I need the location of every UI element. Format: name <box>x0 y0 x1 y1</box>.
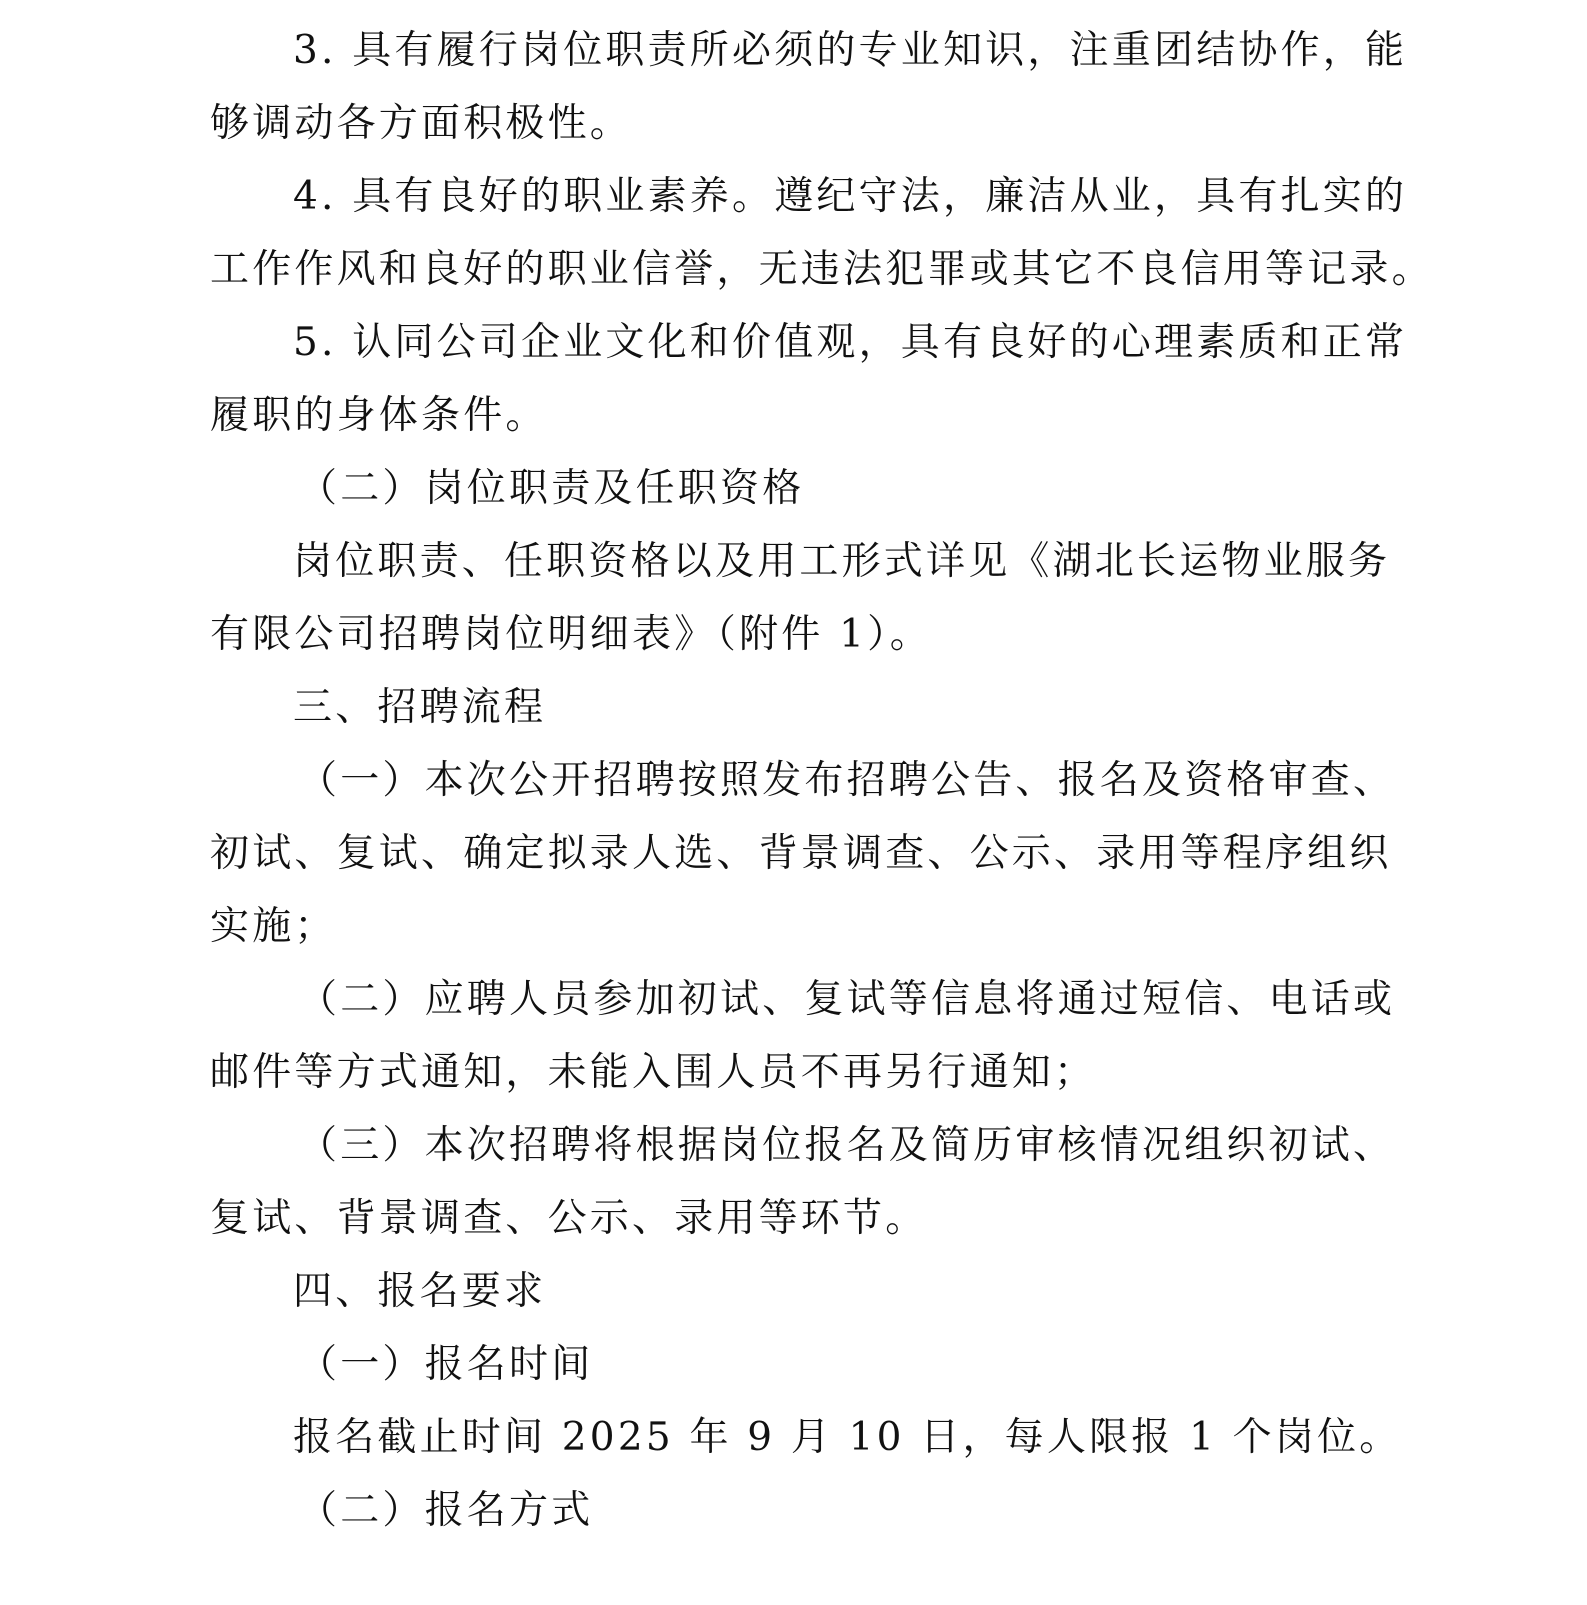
requirement-5-line-1: 5. 认同公司企业文化和价值观，具有良好的心理素质和正常 <box>293 320 1407 366</box>
heading-application-requirements: 四、报名要求 <box>293 1269 546 1315</box>
process-item-1-line-3: 实施； <box>210 904 337 950</box>
process-item-2-line-2: 邮件等方式通知，未能入围人员不再另行通知； <box>210 1050 1096 1096</box>
process-item-3-line-2: 复试、背景调查、公示、录用等环节。 <box>210 1196 927 1242</box>
duties-paragraph-line-1: 岗位职责、任职资格以及用工形式详见《湖北长运物业服务 <box>293 539 1390 585</box>
subheading-application-method: （二）报名方式 <box>298 1488 593 1534</box>
heading-recruitment-process: 三、招聘流程 <box>293 685 546 731</box>
process-item-1-line-2: 初试、复试、确定拟录人选、背景调查、公示、录用等程序组织 <box>210 831 1392 877</box>
document-page: 3. 具有履行岗位职责所必须的专业知识，注重团结协作，能 够调动各方面积极性。 … <box>0 0 1587 1605</box>
requirement-4-line-2: 工作作风和良好的职业信誉，无违法犯罪或其它不良信用等记录。 <box>210 247 1434 293</box>
subheading-duties-qualifications: （二）岗位职责及任职资格 <box>298 466 804 512</box>
duties-paragraph-line-2: 有限公司招聘岗位明细表》（附件 1）。 <box>210 612 932 658</box>
requirement-3-line-2: 够调动各方面积极性。 <box>210 101 632 147</box>
process-item-2-line-1: （二）应聘人员参加初试、复试等信息将通过短信、电话或 <box>298 977 1395 1023</box>
requirement-5-line-2: 履职的身体条件。 <box>210 393 548 439</box>
application-deadline-text: 报名截止时间 2025 年 9 月 10 日，每人限报 1 个岗位。 <box>293 1415 1401 1461</box>
process-item-1-line-1: （一）本次公开招聘按照发布招聘公告、报名及资格审查、 <box>298 758 1395 804</box>
process-item-3-line-1: （三）本次招聘将根据岗位报名及简历审核情况组织初试、 <box>298 1123 1395 1169</box>
requirement-3-line-1: 3. 具有履行岗位职责所必须的专业知识，注重团结协作，能 <box>293 28 1407 74</box>
requirement-4-line-1: 4. 具有良好的职业素养。遵纪守法，廉洁从业，具有扎实的 <box>293 174 1407 220</box>
subheading-application-time: （一）报名时间 <box>298 1342 593 1388</box>
